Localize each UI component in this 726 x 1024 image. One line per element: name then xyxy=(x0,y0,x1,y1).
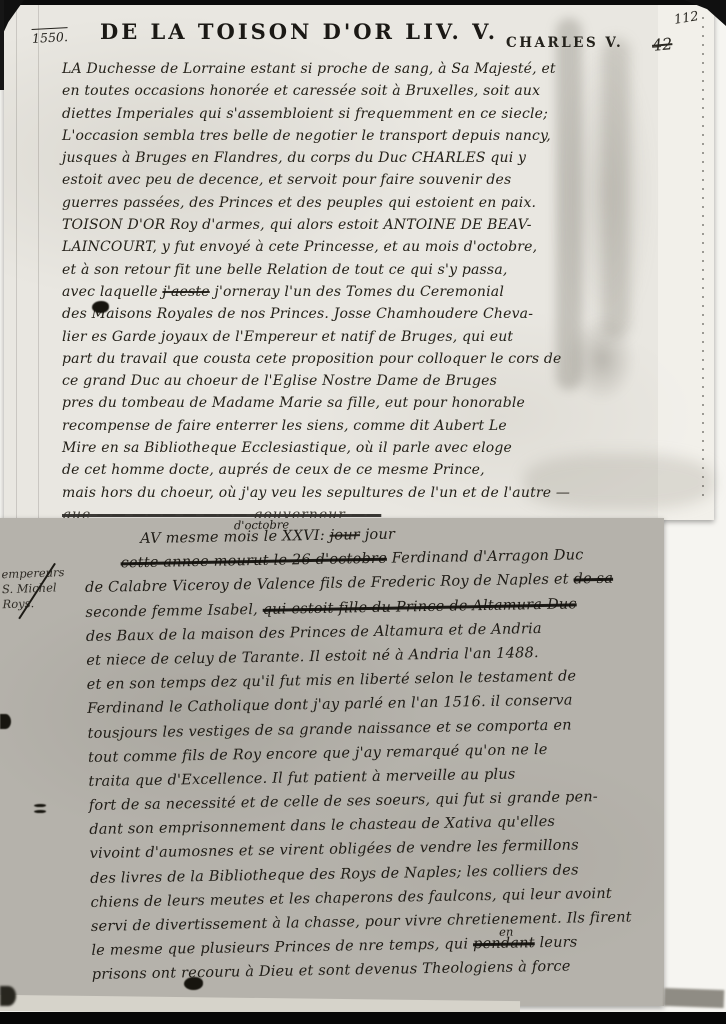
manuscript-line: des Maisons Royales de nos Princes. Joss… xyxy=(62,303,662,325)
manuscript-line: en toutes occasions honorée et caressée … xyxy=(62,80,662,102)
manuscript-line: Mire en sa Bibliotheque Ecclesiastique, … xyxy=(62,437,662,459)
manuscript-line: ce grand Duc au choeur de l'Eglise Nostr… xyxy=(62,370,662,392)
manuscript-line: diettes Imperiales qui s'assembloient si… xyxy=(62,103,662,125)
manuscript-line: guerres passées, des Princes et des peup… xyxy=(62,192,662,214)
folio-number-struck: 42 xyxy=(651,34,673,55)
struck-phrase: qui estoit fille du Prince de Altamura D… xyxy=(263,596,577,617)
manuscript-page-lower: d'octobreAV mesme mois le XXVI: jour jou… xyxy=(0,518,664,1006)
ink-blot xyxy=(34,804,46,807)
struck-word: de sa xyxy=(573,571,613,588)
struck-word: jour xyxy=(330,527,361,544)
manuscript-line: jusques à Bruges en Flandres, du corps d… xyxy=(62,147,662,169)
manuscript-line: et à son retour fit une belle Relation d… xyxy=(62,259,662,281)
upper-text-block: LA Duchesse de Lorraine estant si proche… xyxy=(62,58,662,526)
running-head: CHARLES V. xyxy=(506,35,623,51)
scan-border-top xyxy=(0,0,726,5)
lower-text-block: d'octobreAV mesme mois le XXVI: jour jou… xyxy=(84,518,658,987)
struck-phrase: cette annee mourut le 26 d'octobre xyxy=(120,551,387,572)
scan-border-left xyxy=(0,0,4,90)
fold-line xyxy=(38,4,39,520)
ink-blot xyxy=(0,986,16,1006)
page-title: DE LA TOISON D'OR LIV. V. xyxy=(100,19,498,44)
manuscript-line-with-correction: avec laquelle j'aeste j'orneray l'un des… xyxy=(62,281,662,303)
ink-blot xyxy=(184,977,203,990)
fold-line xyxy=(16,4,17,520)
manuscript-scan: 1550. DE LA TOISON D'OR LIV. V. CHARLES … xyxy=(0,0,726,1024)
manuscript-line: mais hors du choeur, où j'ay veu les sep… xyxy=(62,482,662,504)
scan-border-bottom xyxy=(0,1012,726,1024)
ink-blot xyxy=(0,714,11,729)
manuscript-line: lier es Garde joyaux de l'Empereur et na… xyxy=(62,326,662,348)
manuscript-line: recompense de faire enterrer les siens, … xyxy=(62,415,662,437)
margin-note-struck: empereurs S. Michel Roys. xyxy=(1,565,77,613)
ink-blot xyxy=(92,301,109,313)
manuscript-line: L'occasion sembla tres belle de negotier… xyxy=(62,125,662,147)
manuscript-line: LAINCOURT, y fut envoyé à cete Princesse… xyxy=(62,236,662,258)
paper-edge-speckles xyxy=(702,10,704,500)
manuscript-page-upper: 1550. DE LA TOISON D'OR LIV. V. CHARLES … xyxy=(4,4,714,520)
manuscript-line: TOISON D'OR Roy d'armes, qui alors estoi… xyxy=(62,214,662,236)
ink-smudge xyxy=(664,988,725,1008)
inserted-word: en xyxy=(499,920,514,944)
paper-edge-highlight xyxy=(658,4,714,520)
manuscript-line: part du travail que cousta cete proposit… xyxy=(62,348,662,370)
manuscript-line: estoit avec peu de decence, et servoit p… xyxy=(62,169,662,191)
manuscript-line: pres du tombeau de Madame Marie sa fille… xyxy=(62,392,662,414)
struck-word: j'aeste xyxy=(162,284,209,300)
manuscript-line: LA Duchesse de Lorraine estant si proche… xyxy=(62,58,662,80)
inserted-word: d'octobre xyxy=(234,512,290,537)
marginal-year: 1550. xyxy=(32,27,69,46)
manuscript-line: de cet homme docte, auprés de ceux de ce… xyxy=(62,459,662,481)
